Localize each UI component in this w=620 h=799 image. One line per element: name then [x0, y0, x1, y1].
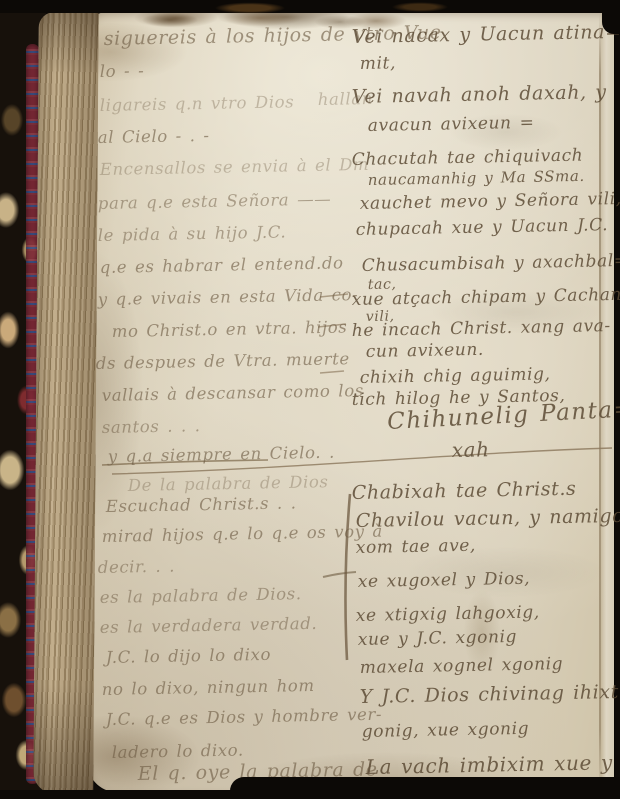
manuscript-line: decir. . . — [98, 557, 176, 577]
manuscript-line: santos . . . — [102, 416, 201, 437]
manuscript-line: gonig, xue xgonig — [362, 719, 530, 742]
photo-bottom-band-right — [230, 777, 620, 799]
manuscript-line: maxela xognel xgonig — [360, 654, 564, 678]
manuscript-line: chixih chig aguimig, — [360, 364, 551, 388]
photo-corner-shadow — [602, 0, 620, 34]
manuscript-line: xe xugoxel y Dios, — [358, 569, 531, 592]
manuscript-line: lo - - — [100, 61, 145, 81]
manuscript-line: xue y J.C. xgonig — [358, 627, 518, 650]
manuscript-line: mit, — [360, 53, 397, 74]
manuscript-line: J.C. lo dijo lo dixo — [106, 645, 272, 667]
manuscript-line: avacun avixeun = — [368, 113, 535, 136]
page-edge-stack — [33, 12, 98, 794]
manuscript-line: le pida à su hijo J.C. — [98, 222, 287, 245]
manuscript-line: cun avixeun. — [366, 340, 485, 362]
manuscript-line: La vach imbixim xue y — [366, 750, 613, 779]
manuscript-line: al Cielo - . - — [98, 126, 210, 147]
manuscript-section-heading: De la palabra de Dios — [128, 472, 329, 495]
manuscript-line: es la palabra de Dios. — [100, 584, 302, 607]
manuscript-line: Escuchad Christ.s . . — [106, 493, 297, 516]
manuscript-line: ligareis q.n vtro Dios — [100, 92, 295, 115]
manuscript-line: Chabixah tae Christ.s — [352, 478, 577, 504]
manuscript-line: xe xtigxig lahgoxig, — [356, 602, 540, 626]
book-photo: siguereis à los hijos de vtro Vue lo - -… — [0, 0, 620, 799]
manuscript-line: xom tae ave, — [356, 536, 477, 558]
manuscript-closing-word: xah — [452, 437, 490, 462]
manuscript-line: ladero lo dixo. — [112, 740, 244, 762]
photo-top-band — [0, 0, 620, 13]
